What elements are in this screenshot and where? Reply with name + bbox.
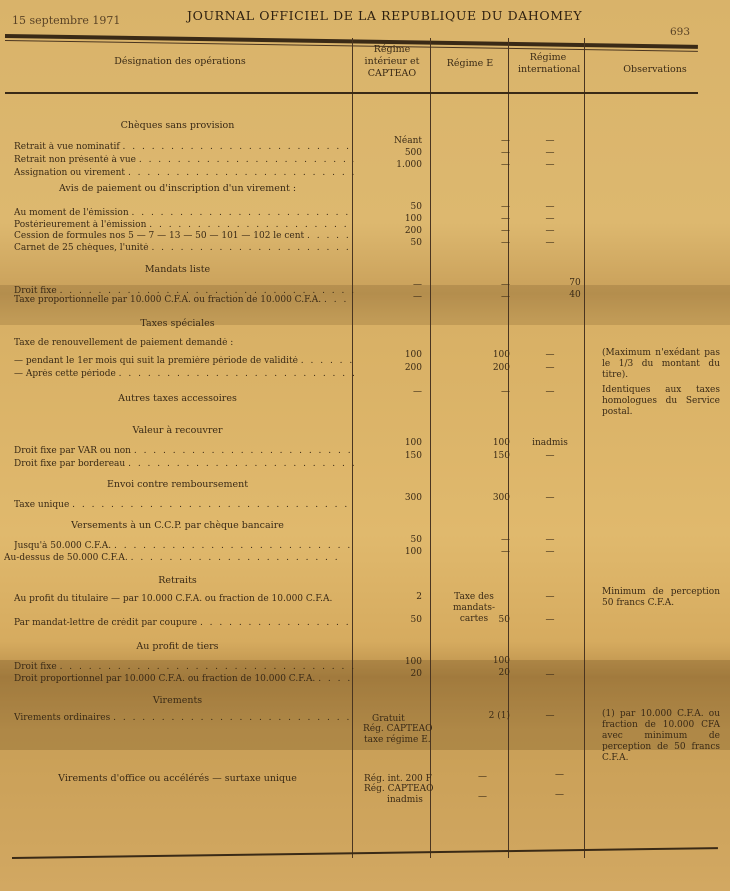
cell-value: 100 <box>440 656 510 666</box>
row-label: Au profit du titulaire — par 10.000 C.F.… <box>14 594 354 604</box>
cell-value: 20 <box>362 669 422 679</box>
cell-value: — <box>440 214 510 224</box>
cell-value: — <box>440 387 510 397</box>
observation-note: (Maximum n'exédant pas le 1/3 du montant… <box>602 348 720 381</box>
cell-value: Néant <box>362 136 422 146</box>
page-number: 693 <box>670 26 690 38</box>
row-label: Carnet de 25 chèques, l'unité . . . . . … <box>14 243 354 253</box>
row-label: Virements d'office ou accélérés — surtax… <box>5 773 350 784</box>
cell-value: 100 <box>362 657 422 667</box>
cell-value: Rég. int. 200 F <box>364 774 432 784</box>
cell-value: — <box>515 387 585 397</box>
cell-value: inadmis <box>387 795 423 805</box>
row-label: Par mandat-lettre de crédit par coupure … <box>14 618 354 628</box>
cell-value: — <box>515 202 585 212</box>
cell-value: — <box>515 214 585 224</box>
row-label: Retrait à vue nominatif . . . . . . . . … <box>14 142 354 152</box>
row-label: Postérieurement à l'émission . . . . . .… <box>14 220 354 230</box>
row-label: — pendant le 1er mois qui suit la premiè… <box>14 356 354 366</box>
journal-title: JOURNAL OFFICIEL DE LA REPUBLIQUE DU DAH… <box>187 8 582 23</box>
cell-value: 200 <box>362 363 422 373</box>
section-title: Retraits <box>5 575 350 586</box>
cell-value: Gratuit <box>372 714 405 724</box>
cell-value: inadmis <box>515 438 585 448</box>
cell-value: 200 <box>362 226 422 236</box>
column-header-regime-e: Régime E <box>436 58 504 70</box>
cell-value: 40 <box>540 290 610 300</box>
cell-value: — <box>440 148 510 158</box>
cell-value: — <box>478 792 487 802</box>
cell-value: — <box>515 670 585 680</box>
cell-value: 150 <box>362 451 422 461</box>
footer-rule <box>12 847 718 859</box>
cell-value: 500 <box>362 148 422 158</box>
cell-value: 70 <box>540 278 610 288</box>
cell-value: — <box>515 711 585 721</box>
cell-value: — <box>515 238 585 248</box>
cell-value: — <box>362 292 422 302</box>
section-title: Mandats liste <box>5 264 350 275</box>
row-label: Taxe unique . . . . . . . . . . . . . . … <box>14 500 354 510</box>
cell-value: — <box>515 535 585 545</box>
row-subtitle: Taxe de renouvellement de paiement deman… <box>14 338 354 348</box>
cell-value: — <box>440 280 510 290</box>
cell-value: 50 <box>362 202 422 212</box>
cell-value: 100 <box>440 350 510 360</box>
section-title: Envoi contre remboursement <box>5 479 350 490</box>
column-header-observations: Observations <box>600 64 710 76</box>
column-header-designation: Désignation des opérations <box>90 56 270 68</box>
cell-value: 150 <box>440 451 510 461</box>
row-label: Droit fixe par VAR ou non . . . . . . . … <box>14 446 354 456</box>
cell-value: Rég. CAPTEAO <box>364 784 433 794</box>
cell-value: — <box>515 226 585 236</box>
cell-value: — <box>440 136 510 146</box>
cell-value: 300 <box>440 493 510 503</box>
row-label: — Après cette période . . . . . . . . . … <box>14 369 354 379</box>
cell-value: taxe régime E. <box>364 735 431 745</box>
column-header-regime-international: Régime international <box>518 52 578 76</box>
row-label: Droit fixe par bordereau . . . . . . . .… <box>14 459 354 469</box>
cell-value: — <box>555 770 564 780</box>
cell-value: 300 <box>362 493 422 503</box>
cell-value: — <box>515 160 585 170</box>
row-label: Au moment de l'émission . . . . . . . . … <box>14 208 354 218</box>
row-label: Droit fixe . . . . . . . . . . . . . . .… <box>14 662 354 672</box>
cell-value: 100 <box>362 547 422 557</box>
section-title: Taxes spéciales <box>5 318 350 329</box>
row-label: Virements ordinaires . . . . . . . . . .… <box>14 713 354 723</box>
observation-note: (1) par 10.000 C.F.A. ou fraction de 10.… <box>602 709 720 764</box>
cell-value: — <box>515 547 585 557</box>
cell-value: — <box>515 493 585 503</box>
row-label: Droit proportionnel par 10.000 C.F.A. ou… <box>14 674 354 684</box>
section-title: Chèques sans provision <box>5 120 350 131</box>
cell-value: Rég. CAPTEAO <box>363 724 432 734</box>
cell-value: 50 <box>362 535 422 545</box>
cell-value: — <box>555 790 564 800</box>
cell-value: — <box>362 280 422 290</box>
cell-value: — <box>515 148 585 158</box>
row-label: Cession de formules nos 5 — 7 — 13 — 50 … <box>14 231 354 241</box>
section-title: Avis de paiement ou d'inscription d'un v… <box>5 183 350 194</box>
row-label: Assignation ou virement . . . . . . . . … <box>14 168 354 178</box>
cell-value: — <box>515 592 585 602</box>
cell-value: 1.000 <box>362 160 422 170</box>
cell-value: 100 <box>362 214 422 224</box>
cell-value: — <box>440 292 510 302</box>
cell-value: 20 <box>440 668 510 678</box>
section-title: Versements à un C.C.P. par chèque bancai… <box>5 520 350 531</box>
cell-value: — <box>515 136 585 146</box>
journal-page: 15 septembre 1971 JOURNAL OFFICIEL DE LA… <box>0 0 730 891</box>
cell-value: — <box>440 547 510 557</box>
cell-value: — <box>515 451 585 461</box>
section-title: Au profit de tiers <box>5 641 350 652</box>
cell-value: 200 <box>440 363 510 373</box>
row-label: Retrait non présenté à vue . . . . . . .… <box>14 155 354 165</box>
section-title: Valeur à recouvrer <box>5 425 350 436</box>
observation-note: Identiques aux taxes homologues du Servi… <box>602 385 720 418</box>
cell-value: — <box>440 226 510 236</box>
cell-value: 2 <box>362 592 422 602</box>
observation-note: Minimum de perception 50 francs C.F.A. <box>602 587 720 609</box>
cell-value: 2 (1) <box>440 711 510 721</box>
column-header-regime-interieur: Régime intérieur et CAPTEAO <box>360 44 424 80</box>
cell-value: — <box>440 202 510 212</box>
cell-value: — <box>515 350 585 360</box>
row-label: Au-dessus de 50.000 C.F.A. . . . . . . .… <box>4 553 344 563</box>
cell-value: 100 <box>362 350 422 360</box>
cell-value: 50 <box>440 615 510 625</box>
cell-value: 100 <box>440 438 510 448</box>
cell-value: — <box>362 387 422 397</box>
column-header-rule <box>5 92 698 94</box>
row-label: Taxe proportionnelle par 10.000 C.F.A. o… <box>14 295 354 305</box>
row-label: Jusqu'à 50.000 C.F.A. . . . . . . . . . … <box>14 541 354 551</box>
cell-value: 100 <box>362 438 422 448</box>
cell-value: 50 <box>362 615 422 625</box>
issue-date: 15 septembre 1971 <box>12 14 120 27</box>
section-title: Virements <box>5 695 350 706</box>
cell-value: — <box>515 363 585 373</box>
cell-value: — <box>515 615 585 625</box>
cell-value: — <box>440 160 510 170</box>
cell-value: — <box>440 535 510 545</box>
section-title: Autres taxes accessoires <box>5 393 350 404</box>
cell-value: — <box>478 772 487 782</box>
cell-value: — <box>440 238 510 248</box>
cell-value: 50 <box>362 238 422 248</box>
